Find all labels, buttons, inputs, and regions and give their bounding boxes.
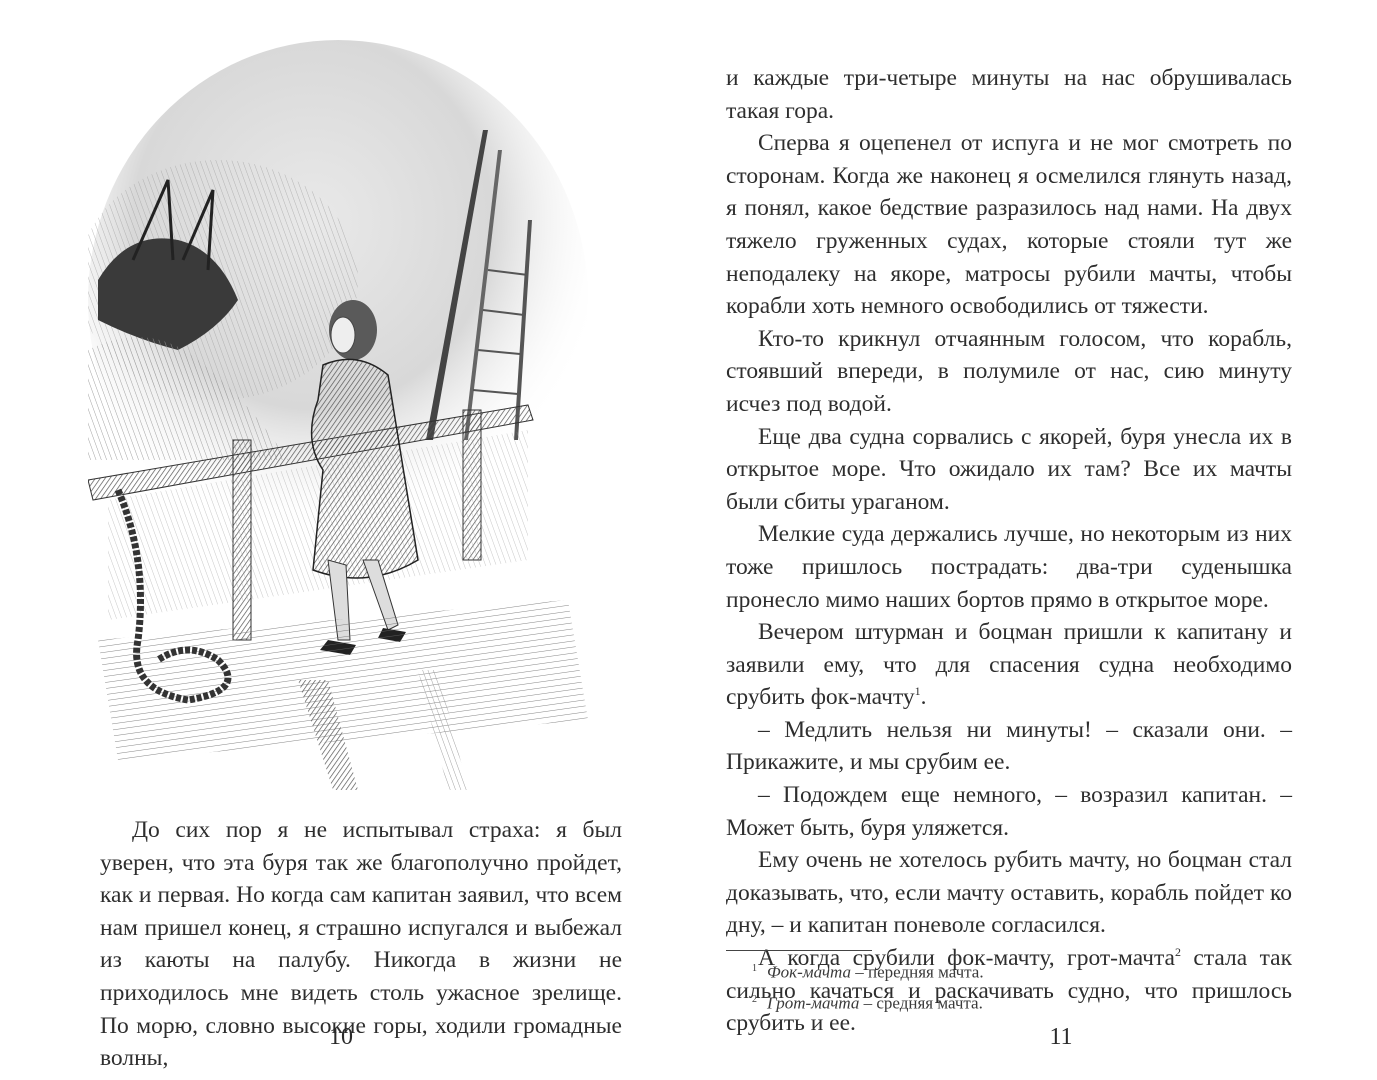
footnote-term: Фок-мачта (767, 963, 851, 982)
footnote-definition: – средняя мачта. (864, 993, 983, 1012)
paragraph: Еще два судна сорвались с якорей, буря у… (726, 421, 1292, 519)
paragraph: Сперва я оцепенел от испуга и не мог смо… (726, 127, 1292, 323)
paragraph: Ему очень не хотелось рубить мачту, но б… (726, 844, 1292, 942)
left-page: До сих пор я не испытывал страха: я был … (0, 0, 688, 1080)
ship-storm-engraving (88, 0, 608, 790)
footnote-mark: 1 (752, 963, 757, 974)
footnote: 1Фок-мачта – передняя мачта. (752, 955, 984, 986)
paragraph-text: Вечером штурман и боцман пришли к капита… (726, 619, 1292, 710)
paragraph: Кто-то крикнул отчаянным голосом, что ко… (726, 323, 1292, 421)
footnotes: 1Фок-мачта – передняя мачта. 2Грот-мачта… (752, 955, 984, 1016)
paragraph: и каждые три-четыре минуты на нас обруши… (726, 62, 1292, 127)
footnote-term: Грот-мачта (767, 993, 859, 1012)
footnote: 2Грот-мачта – средняя мачта. (752, 986, 984, 1017)
dialogue-line: – Подождем еще немного, – возразил капит… (726, 779, 1292, 844)
dialogue-line: – Медлить нельзя ни минуты! – сказали он… (726, 714, 1292, 779)
engraving-illustration (88, 0, 608, 790)
paragraph-text: . (921, 684, 927, 710)
page-number: 11 (1031, 1024, 1091, 1051)
paragraph-with-footnote-ref: Вечером штурман и боцман пришли к капита… (726, 616, 1292, 714)
right-page-body: и каждые три-четыре минуты на нас обруши… (726, 62, 1292, 1040)
footnote-mark: 2 (752, 994, 757, 1005)
page-number: 10 (311, 1024, 371, 1051)
footnote-definition: – передняя мачта. (855, 963, 983, 982)
footnote-divider (726, 950, 872, 951)
paragraph: Мелкие суда держались лучше, но некоторы… (726, 518, 1292, 616)
right-page: и каждые три-четыре минуты на нас обруши… (688, 0, 1377, 1080)
